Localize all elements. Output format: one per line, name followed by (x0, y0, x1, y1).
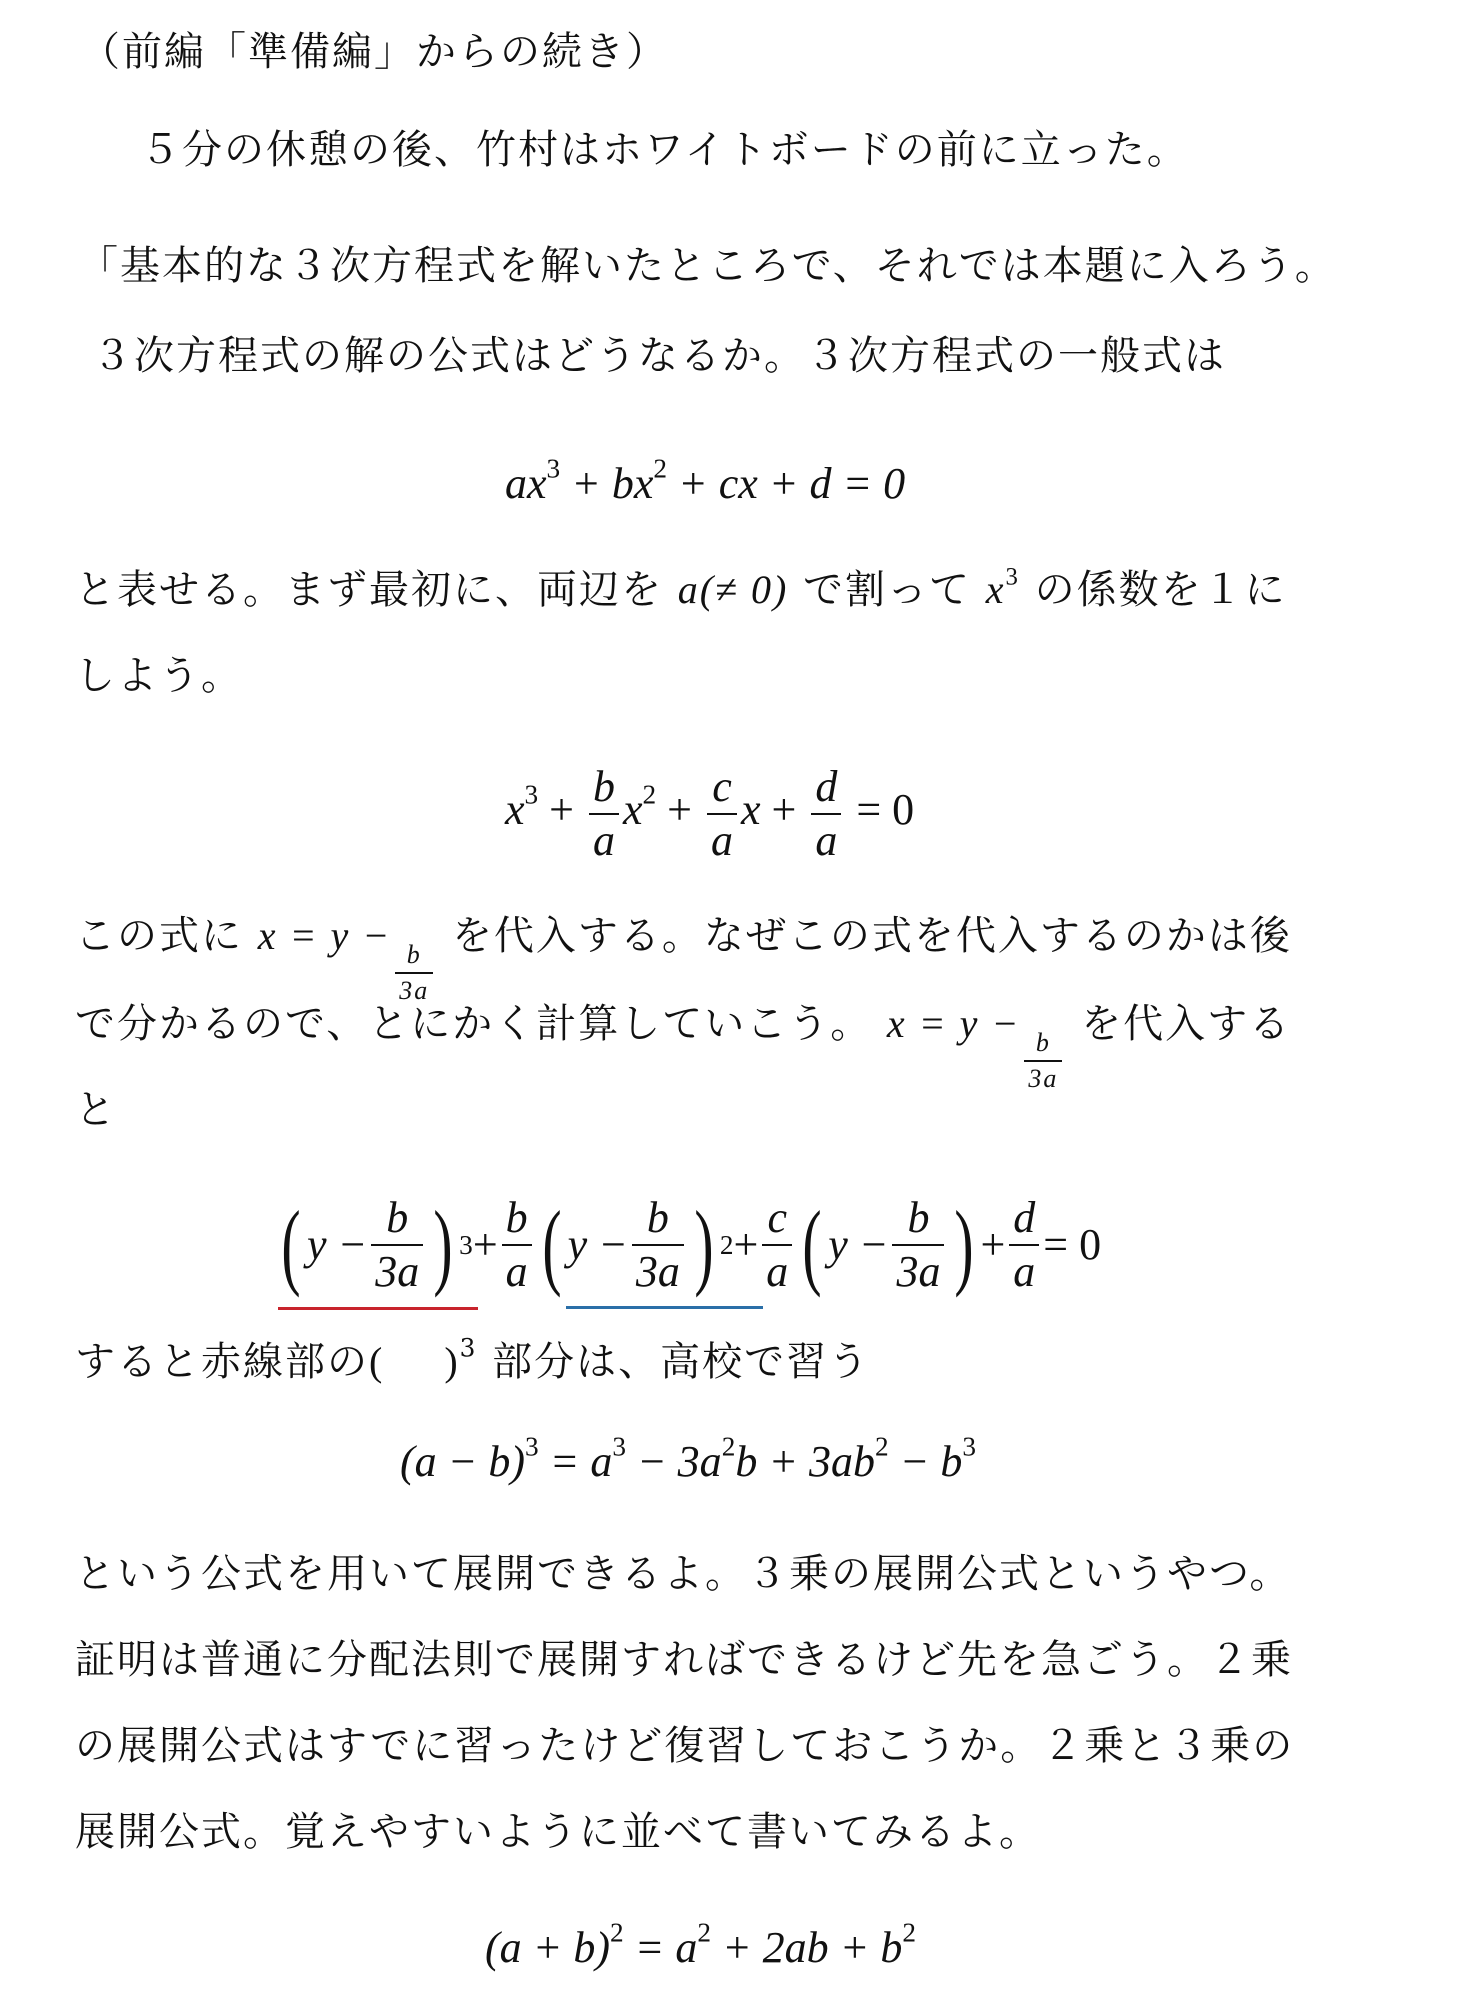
inline-math-x-cubed: x3 (986, 567, 1020, 612)
paragraph-3-line-1: と表せる。まず最初に、両辺を a(≠ 0) で割って x3 の係数を１に (75, 566, 1287, 614)
paragraph-4-line-1: この式に x = y −b3a を代入する。なぜこの式を代入するのかは後 (75, 912, 1292, 1004)
red-underline-cubed-term (278, 1307, 478, 1310)
paragraph-2-line-2: ３次方程式の解の公式はどうなるか。３次方程式の一般式は (92, 332, 1226, 380)
paragraph-4-line-2: で分かるので、とにかく計算していこう。 x = y −b3a を代入する (75, 1000, 1291, 1092)
paragraph-5: すると赤線部の( )3 部分は、高校で習う (75, 1338, 870, 1386)
equation-substituted: (y − b3a)3 + ba(y − b3a)2 + ca(y − b3a) … (275, 1190, 1101, 1300)
equation-general-cubic: ax3 + bx2 + cx + d = 0 (505, 458, 905, 510)
paragraph-6-line-3: の展開公式はすでに習ったけど復習しておこうか。２乗と３乗の (75, 1722, 1294, 1770)
paragraph-6-line-2: 証明は普通に分配法則で展開すればできるけど先を急ごう。２乗 (75, 1636, 1293, 1684)
paragraph-1: ５分の休憩の後、竹村はホワイトボードの前に立った。 (140, 126, 1189, 174)
equation-cube-expansion: (a − b)3 = a3 − 3a2b + 3ab2 − b3 (400, 1436, 976, 1488)
inline-math-a-nonzero: a(≠ 0) (678, 567, 789, 612)
paragraph-6-line-1: という公式を用いて展開できるよ。３乗の展開公式というやつ。 (75, 1550, 1291, 1598)
equation-normalized-cubic: x3 + bax2 + cax + da = 0 (505, 765, 914, 863)
paragraph-2-line-1: 「基本的な３次方程式を解いたところで、それでは本題に入ろう。 (78, 242, 1337, 290)
paragraph-6-line-4: 展開公式。覚えやすいように並べて書いてみるよ。 (75, 1808, 1041, 1856)
paragraph-4-line-3: と (75, 1086, 117, 1134)
continuation-heading: （前編「準備編」からの続き） (80, 28, 668, 76)
blue-underline-squared-term (566, 1306, 763, 1309)
equation-square-expansion: (a + b)2 = a2 + 2ab + b2 (485, 1922, 916, 1974)
paragraph-3-line-2: しよう。 (75, 652, 243, 700)
